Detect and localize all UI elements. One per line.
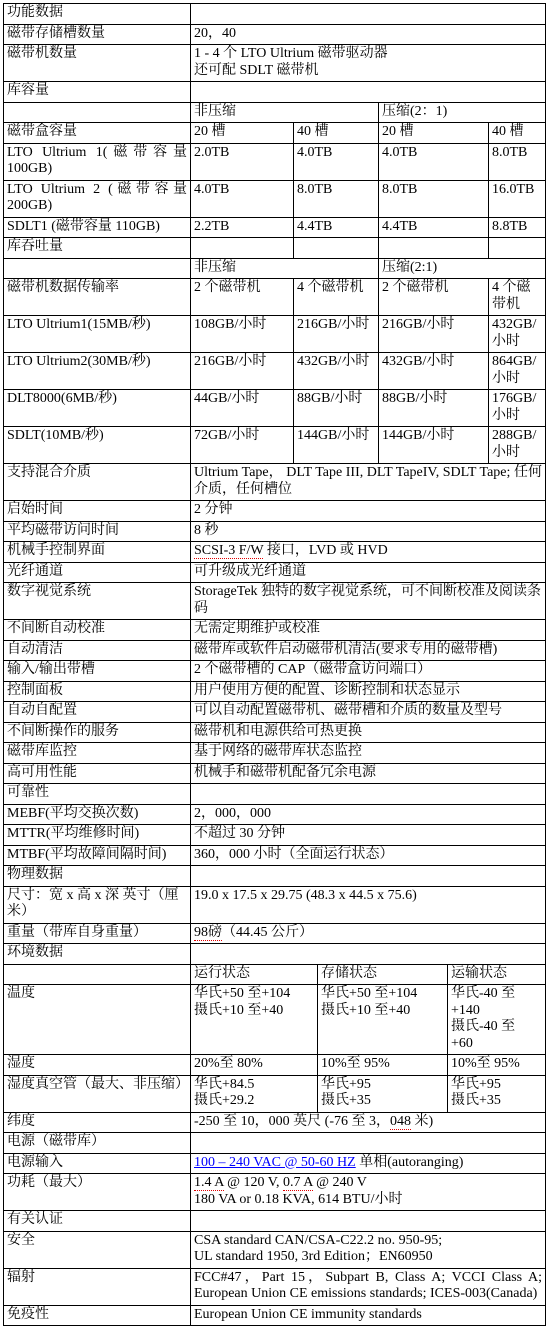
row-value	[294, 238, 379, 259]
section-label: 有关认证	[4, 1211, 191, 1232]
row-label: 湿度	[4, 1055, 191, 1076]
row-value: 8 秒	[191, 521, 546, 542]
row-value: 机械手和磁带机配备冗余电源	[191, 763, 546, 784]
row-value: 432GB/小时	[294, 353, 379, 390]
row-label: 磁带存储槽数量	[4, 24, 191, 45]
row-label: LTO Ultrium 2 (磁带容量 200GB)	[4, 180, 191, 217]
table-row: MTBF(平均故障间隔时间)360，000 小时（全面运行状态）	[4, 845, 546, 866]
table-row: 磁带盒容量20 槽40 槽20 槽40 槽	[4, 123, 546, 144]
section-label: 电源（磁带库）	[4, 1133, 191, 1154]
column-header: 2 个磁带机	[191, 279, 294, 316]
row-value: 用户使用方便的配置、诊断控制和状态显示	[191, 681, 546, 702]
spec-tables: 功能数据磁带存储槽数量20，40磁带机数量1 - 4 个 LTO Ultrium…	[3, 3, 545, 1326]
row-value: 88GB/小时	[294, 390, 379, 427]
row-value: 144GB/小时	[294, 427, 379, 464]
row-label	[4, 258, 191, 279]
spec-document: 功能数据磁带存储槽数量20，40磁带机数量1 - 4 个 LTO Ultrium…	[0, 0, 547, 1328]
row-label: 电源输入	[4, 1153, 191, 1174]
column-header: 40 槽	[489, 123, 546, 144]
row-value: -250 至 10，000 英尺 (-76 至 3，048 米)	[191, 1112, 546, 1133]
row-value: 不超过 30 分钟	[191, 825, 546, 846]
row-value: 2.2TB	[191, 217, 294, 238]
table-row: 电源（磁带库）	[4, 1133, 546, 1154]
row-value: 1.4 A @ 120 V, 0.7 A @ 240 V180 VA or 0.…	[191, 1174, 546, 1211]
row-value: 144GB/小时	[379, 427, 489, 464]
column-header: 压缩(2：1)	[379, 102, 546, 123]
table-row: 免疫性European Union CE immunity standards	[4, 1305, 546, 1326]
section-label: 环境数据	[4, 944, 191, 965]
row-value: 可升级成光纤通道	[191, 562, 546, 583]
spellcheck-underline: 0.7 A	[283, 1175, 313, 1191]
row-label: 光纤通道	[4, 562, 191, 583]
row-label: 辐射	[4, 1268, 191, 1305]
row-value	[191, 1211, 546, 1232]
table-row: 平均磁带访问时间8 秒	[4, 521, 546, 542]
table-row: 有关认证	[4, 1211, 546, 1232]
table-row: 不间断操作的服务磁带机和电源供给可热更换	[4, 722, 546, 743]
table-row: 重量（带库自身重量）98磅（44.45 公斤）	[4, 923, 546, 944]
row-label: MTBF(平均故障间隔时间)	[4, 845, 191, 866]
row-value	[379, 238, 489, 259]
table-row: 纬度-250 至 10，000 英尺 (-76 至 3，048 米)	[4, 1112, 546, 1133]
column-header: 非压缩	[191, 102, 379, 123]
row-label: 纬度	[4, 1112, 191, 1133]
row-label: DLT8000(6MB/秒)	[4, 390, 191, 427]
table-row: 辐射FCC#47，Part 15，Subpart B, Class A; VCC…	[4, 1268, 546, 1305]
column-header: 4 个磁带机	[489, 279, 546, 316]
table-row: 支持混合介质Ultrium Tape， DLT Tape III, DLT Ta…	[4, 464, 546, 501]
spellcheck-underline: 1.4 A	[194, 1175, 224, 1191]
row-value: 88GB/小时	[379, 390, 489, 427]
row-value: 4.0TB	[379, 143, 489, 180]
table-row: 运行状态存储状态运输状态	[4, 964, 546, 985]
table-row: 尺寸：宽 x 高 x 深 英寸（厘米）19.0 x 17.5 x 29.75 (…	[4, 886, 546, 923]
row-value: 100 – 240 VAC @ 50-60 HZ 单相(autoranging)	[191, 1153, 546, 1174]
text-span: @ 240 V	[313, 1175, 367, 1190]
row-label	[4, 102, 191, 123]
row-value: 华氏+50 至+104摄氏+10 至+40	[191, 985, 318, 1055]
text-span: 米)	[411, 1114, 433, 1129]
column-header: 非压缩	[191, 258, 379, 279]
table-row: 自动自配置可以自动配置磁带机、磁带槽和介质的数量及型号	[4, 702, 546, 723]
row-value: 216GB/小时	[191, 353, 294, 390]
section-label: 物理数据	[4, 866, 191, 887]
table-row: LTO Ultrium 2 (磁带容量 200GB)4.0TB8.0TB8.0T…	[4, 180, 546, 217]
row-value	[489, 238, 546, 259]
table-row: 磁带存储槽数量20，40	[4, 24, 546, 45]
table-row: 磁带机数据传输率2 个磁带机4 个磁带机2 个磁带机4 个磁带机	[4, 279, 546, 316]
table-row: DLT8000(6MB/秒)44GB/小时88GB/小时88GB/小时176GB…	[4, 390, 546, 427]
row-value	[191, 784, 546, 805]
table-row: 库容量	[4, 82, 546, 103]
table-row: 电源输入100 – 240 VAC @ 50-60 HZ 单相(autorang…	[4, 1153, 546, 1174]
table-row: SDLT1 (磁带容量 110GB)2.2TB4.4TB4.4TB8.8TB	[4, 217, 546, 238]
table-row: MTTR(平均维修时间)不超过 30 分钟	[4, 825, 546, 846]
row-value: 864GB/小时	[489, 353, 546, 390]
row-value: 磁带机和电源供给可热更换	[191, 722, 546, 743]
row-label: 平均磁带访问时间	[4, 521, 191, 542]
table-row: SDLT(10MB/秒)72GB/小时144GB/小时144GB/小时288GB…	[4, 427, 546, 464]
row-value: 8.0TB	[489, 143, 546, 180]
row-label: 控制面板	[4, 681, 191, 702]
row-value: 176GB/小时	[489, 390, 546, 427]
row-value: 2.0TB	[191, 143, 294, 180]
column-header: 存储状态	[318, 964, 448, 985]
row-label: SDLT1 (磁带容量 110GB)	[4, 217, 191, 238]
row-value: CSA standard CAN/CSA-C22.2 no. 950-95;UL…	[191, 1231, 546, 1268]
row-value: 华氏+50 至+104摄氏+10 至+40	[318, 985, 448, 1055]
table-row: LTO Ultrium1(15MB/秒)108GB/小时216GB/小时216G…	[4, 316, 546, 353]
spellcheck-underline: SCSI-3 F/W	[194, 543, 263, 559]
row-value: 1 - 4 个 LTO Ultrium 磁带驱动器还可配 SDLT 磁带机	[191, 45, 546, 82]
row-value: 19.0 x 17.5 x 29.75 (48.3 x 44.5 x 75.6)	[191, 886, 546, 923]
row-label: 不间断自动校准	[4, 620, 191, 641]
row-value: 磁带库或软件启动磁带机清洁(要求专用的磁带槽)	[191, 640, 546, 661]
row-value: 4.0TB	[191, 180, 294, 217]
row-label: 支持混合介质	[4, 464, 191, 501]
row-label: 自动清洁	[4, 640, 191, 661]
row-value: 4.4TB	[294, 217, 379, 238]
table-row: 控制面板用户使用方便的配置、诊断控制和状态显示	[4, 681, 546, 702]
row-value: European Union CE immunity standards	[191, 1305, 546, 1326]
column-header: 运行状态	[191, 964, 318, 985]
row-label: LTO Ultrium 1(磁带容量 100GB)	[4, 143, 191, 180]
text-span: -250 至 10，000 英尺 (-76 至 3，	[194, 1114, 390, 1129]
row-label: 尺寸：宽 x 高 x 深 英寸（厘米）	[4, 886, 191, 923]
row-label: 磁带机数据传输率	[4, 279, 191, 316]
main-spec-table: 功能数据磁带存储槽数量20，40磁带机数量1 - 4 个 LTO Ultrium…	[3, 3, 546, 944]
row-value: 4.0TB	[294, 143, 379, 180]
row-value: 2，000，000	[191, 804, 546, 825]
column-header: 20 槽	[379, 123, 489, 144]
row-label: SDLT(10MB/秒)	[4, 427, 191, 464]
table-row: 输入/输出带槽2 个磁带槽的 CAP（磁带盒访问端口）	[4, 661, 546, 682]
row-label	[4, 964, 191, 985]
row-value: 16.0TB	[489, 180, 546, 217]
row-label: 重量（带库自身重量）	[4, 923, 191, 944]
table-row: 库吞吐量	[4, 238, 546, 259]
spellcheck-underline: 048	[390, 1114, 411, 1130]
row-value: 8.0TB	[294, 180, 379, 217]
row-value: 288GB/小时	[489, 427, 546, 464]
row-value	[191, 238, 294, 259]
text-span: @ 120 V,	[224, 1175, 283, 1190]
row-label: 自动自配置	[4, 702, 191, 723]
row-value: 216GB/小时	[379, 316, 489, 353]
row-label: 数字视觉系统	[4, 583, 191, 620]
section-label: 库容量	[4, 82, 191, 103]
table-row: 非压缩压缩(2：1)	[4, 102, 546, 123]
row-value: 10%至 95%	[448, 1055, 546, 1076]
environment-spec-table: 环境数据运行状态存储状态运输状态温度华氏+50 至+104摄氏+10 至+40华…	[3, 943, 546, 1326]
table-row: 可靠性	[4, 784, 546, 805]
row-value: 8.8TB	[489, 217, 546, 238]
row-value: 432GB/小时	[489, 316, 546, 353]
table-row: 光纤通道可升级成光纤通道	[4, 562, 546, 583]
row-label: 湿度真空管（最大、非压缩）	[4, 1075, 191, 1112]
row-value: 4.4TB	[379, 217, 489, 238]
row-label: LTO Ultrium1(15MB/秒)	[4, 316, 191, 353]
row-value: 可以自动配置磁带机、磁带槽和介质的数量及型号	[191, 702, 546, 723]
row-label: 温度	[4, 985, 191, 1055]
row-value	[191, 82, 546, 103]
section-label: 可靠性	[4, 784, 191, 805]
section-label: 功能数据	[4, 4, 191, 25]
table-row: 湿度真空管（最大、非压缩）华氏+84.5摄氏+29.2华氏+95摄氏+35华氏+…	[4, 1075, 546, 1112]
table-row: LTO Ultrium 1(磁带容量 100GB)2.0TB4.0TB4.0TB…	[4, 143, 546, 180]
table-row: 温度华氏+50 至+104摄氏+10 至+40华氏+50 至+104摄氏+10 …	[4, 985, 546, 1055]
table-row: 湿度20%至 80%10%至 95%10%至 95%	[4, 1055, 546, 1076]
row-label: 免疫性	[4, 1305, 191, 1326]
row-label: MEBF(平均交换次数)	[4, 804, 191, 825]
row-value: 10%至 95%	[318, 1055, 448, 1076]
table-row: 启始时间2 分钟	[4, 501, 546, 522]
table-row: 自动清洁磁带库或软件启动磁带机清洁(要求专用的磁带槽)	[4, 640, 546, 661]
row-value: StorageTek 独特的数字视觉系统，可不间断校准及阅读条码	[191, 583, 546, 620]
row-label: 启始时间	[4, 501, 191, 522]
table-row: 高可用性能机械手和磁带机配备冗余电源	[4, 763, 546, 784]
table-row: 物理数据	[4, 866, 546, 887]
row-value: SCSI-3 F/W 接口，LVD 或 HVD	[191, 542, 546, 563]
row-value: 华氏-40 至+140摄氏-40 至+60	[448, 985, 546, 1055]
row-value: 华氏+95摄氏+35	[448, 1075, 546, 1112]
table-row: 数字视觉系统StorageTek 独特的数字视觉系统，可不间断校准及阅读条码	[4, 583, 546, 620]
row-value	[191, 1133, 546, 1154]
column-header: 40 槽	[294, 123, 379, 144]
table-row: 功耗（最大）1.4 A @ 120 V, 0.7 A @ 240 V180 VA…	[4, 1174, 546, 1211]
spellcheck-underline: 98磅	[194, 925, 222, 941]
row-value: 98磅（44.45 公斤）	[191, 923, 546, 944]
row-label: 高可用性能	[4, 763, 191, 784]
text-span: （44.45 公斤）	[222, 925, 313, 940]
column-header: 压缩(2:1)	[379, 258, 546, 279]
row-label: 输入/输出带槽	[4, 661, 191, 682]
table-row: 非压缩压缩(2:1)	[4, 258, 546, 279]
row-value: 8.0TB	[379, 180, 489, 217]
text-span: 单相(autoranging)	[356, 1155, 464, 1170]
row-value: 360，000 小时（全面运行状态）	[191, 845, 546, 866]
table-row: 功能数据	[4, 4, 546, 25]
row-label: 不间断操作的服务	[4, 722, 191, 743]
row-value: 2 分钟	[191, 501, 546, 522]
row-label: 功耗（最大）	[4, 1174, 191, 1211]
row-label: 磁带库监控	[4, 743, 191, 764]
column-header: 20 槽	[191, 123, 294, 144]
row-value: 20，40	[191, 24, 546, 45]
text-span: 接口，LVD 或 HVD	[263, 543, 387, 558]
row-value: 44GB/小时	[191, 390, 294, 427]
row-value: 72GB/小时	[191, 427, 294, 464]
table-row: 安全CSA standard CAN/CSA-C22.2 no. 950-95;…	[4, 1231, 546, 1268]
row-label: 磁带盒容量	[4, 123, 191, 144]
row-value: 无需定期维护或校准	[191, 620, 546, 641]
row-value: 华氏+84.5摄氏+29.2	[191, 1075, 318, 1112]
row-value	[191, 944, 546, 965]
row-value	[191, 4, 546, 25]
column-header: 2 个磁带机	[379, 279, 489, 316]
table-row: LTO Ultrium2(30MB/秒)216GB/小时432GB/小时432G…	[4, 353, 546, 390]
row-label: 安全	[4, 1231, 191, 1268]
row-value: FCC#47，Part 15，Subpart B, Class A; VCCI …	[191, 1268, 546, 1305]
table-row: 磁带机数量1 - 4 个 LTO Ultrium 磁带驱动器还可配 SDLT 磁…	[4, 45, 546, 82]
table-row: MEBF(平均交换次数)2，000，000	[4, 804, 546, 825]
column-header: 4 个磁带机	[294, 279, 379, 316]
row-label: 机械手控制界面	[4, 542, 191, 563]
column-header: 运输状态	[448, 964, 546, 985]
row-value: 基于网络的磁带库状态监控	[191, 743, 546, 764]
row-value: Ultrium Tape， DLT Tape III, DLT TapeIV, …	[191, 464, 546, 501]
row-value	[191, 866, 546, 887]
row-value: 2 个磁带槽的 CAP（磁带盒访问端口）	[191, 661, 546, 682]
table-row: 机械手控制界面SCSI-3 F/W 接口，LVD 或 HVD	[4, 542, 546, 563]
row-label: 磁带机数量	[4, 45, 191, 82]
power-input-link[interactable]: 100 – 240 VAC @ 50-60 HZ	[194, 1155, 356, 1170]
row-value: 432GB/小时	[379, 353, 489, 390]
row-label: LTO Ultrium2(30MB/秒)	[4, 353, 191, 390]
row-value: 216GB/小时	[294, 316, 379, 353]
row-value: 108GB/小时	[191, 316, 294, 353]
table-row: 不间断自动校准无需定期维护或校准	[4, 620, 546, 641]
section-label: 库吞吐量	[4, 238, 191, 259]
row-value: 华氏+95摄氏+35	[318, 1075, 448, 1112]
table-row: 环境数据	[4, 944, 546, 965]
table-row: 磁带库监控基于网络的磁带库状态监控	[4, 743, 546, 764]
row-value: 20%至 80%	[191, 1055, 318, 1076]
row-label: MTTR(平均维修时间)	[4, 825, 191, 846]
